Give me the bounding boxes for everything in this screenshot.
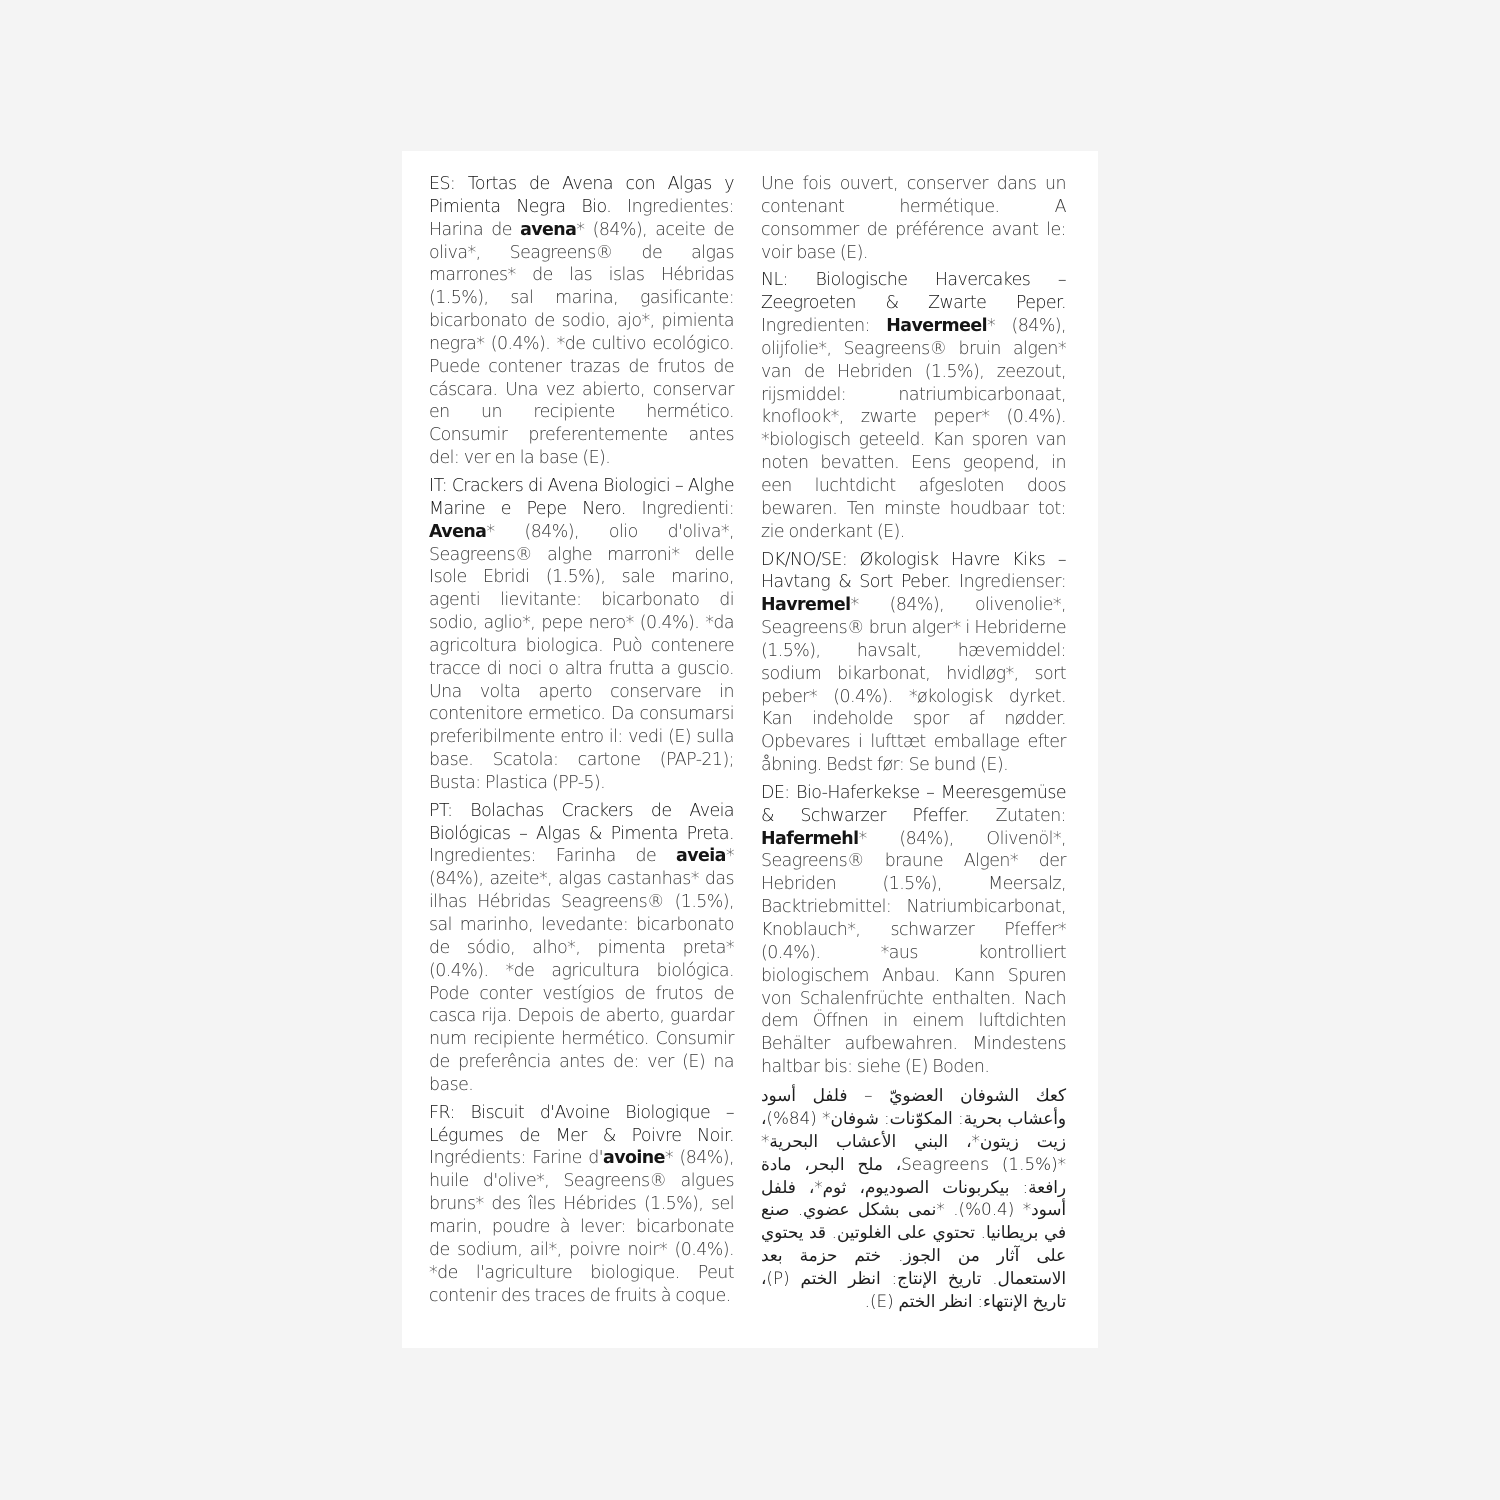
section-text: * (84%), huile d'olive*, Seagreens® algu…	[429, 1148, 734, 1305]
section-key-ingredient: avoine	[603, 1148, 665, 1168]
section-title: PT: Bolachas Crackers de Aveia Biológica…	[429, 801, 734, 844]
section-key-ingredient: Havermeel	[886, 316, 987, 336]
section-key-ingredient: Avena	[429, 522, 486, 542]
section-title: NL: Biologische Havercakes – Zeegroeten …	[761, 270, 1066, 313]
section-text: * (84%), Olivenöl*, Seagreens® braune Al…	[761, 829, 1066, 1077]
section-key-ingredient: Hafermehl	[761, 829, 859, 849]
section-key-ingredient: avena	[520, 220, 576, 240]
ingredients-label-panel: ES: Tortas de Avena con Algas y Pimienta…	[402, 151, 1098, 1348]
section-text: Ingrédients: Farine d'	[429, 1148, 603, 1168]
section-key-ingredient: aveia	[676, 846, 726, 866]
section-key-ingredient: Havremel	[761, 595, 850, 615]
section-text: * (84%), olivenolie*, Seagreens® brun al…	[761, 595, 1066, 775]
label-column-right: Une fois ouvert, conserver dans un conte…	[761, 173, 1066, 1318]
section-fr: FR: Biscuit d'Avoine Biologique – Légume…	[429, 1102, 734, 1308]
section-text: Une fois ouvert, conserver dans un conte…	[761, 174, 1066, 263]
section-text: * (84%), olijfolie*, Seagreens® bruin al…	[761, 316, 1066, 542]
section-title: FR: Biscuit d'Avoine Biologique – Légume…	[429, 1103, 734, 1146]
label-column-left: ES: Tortas de Avena con Algas y Pimienta…	[429, 173, 734, 1312]
section-es: ES: Tortas de Avena con Algas y Pimienta…	[429, 173, 734, 470]
section-text: Ingredienten:	[761, 316, 886, 336]
section-text: * (84%), azeite*, algas castanhas* das i…	[429, 846, 734, 1094]
section-pt: PT: Bolachas Crackers de Aveia Biológica…	[429, 800, 734, 1097]
section-text: Zutaten:	[969, 806, 1066, 826]
section-nl: NL: Biologische Havercakes – Zeegroeten …	[761, 269, 1066, 543]
section-text: Ingredientes: Farinha de	[429, 846, 676, 866]
section-fr-continued: Une fois ouvert, conserver dans un conte…	[761, 173, 1066, 264]
section-it: IT: Crackers di Avena Biologici – Alghe …	[429, 475, 734, 795]
section-text: Ingredienti:	[626, 499, 734, 519]
section-arabic: كعك الشوفان العضويّ – فلفل أسود وأعشاب ب…	[761, 1084, 1066, 1313]
section-de: DE: Bio-Haferkekse – Meeresgemüse & Schw…	[761, 782, 1066, 1079]
section-text: * (84%), aceite de oliva*, Seagreens® de…	[429, 220, 734, 468]
section-text: * (84%), olio d'oliva*, Seagreens® alghe…	[429, 522, 734, 793]
section-dk-no-se: DK/NO/SE: Økologisk Havre Kiks – Havtang…	[761, 549, 1066, 777]
section-text: Ingredienser:	[951, 572, 1066, 592]
